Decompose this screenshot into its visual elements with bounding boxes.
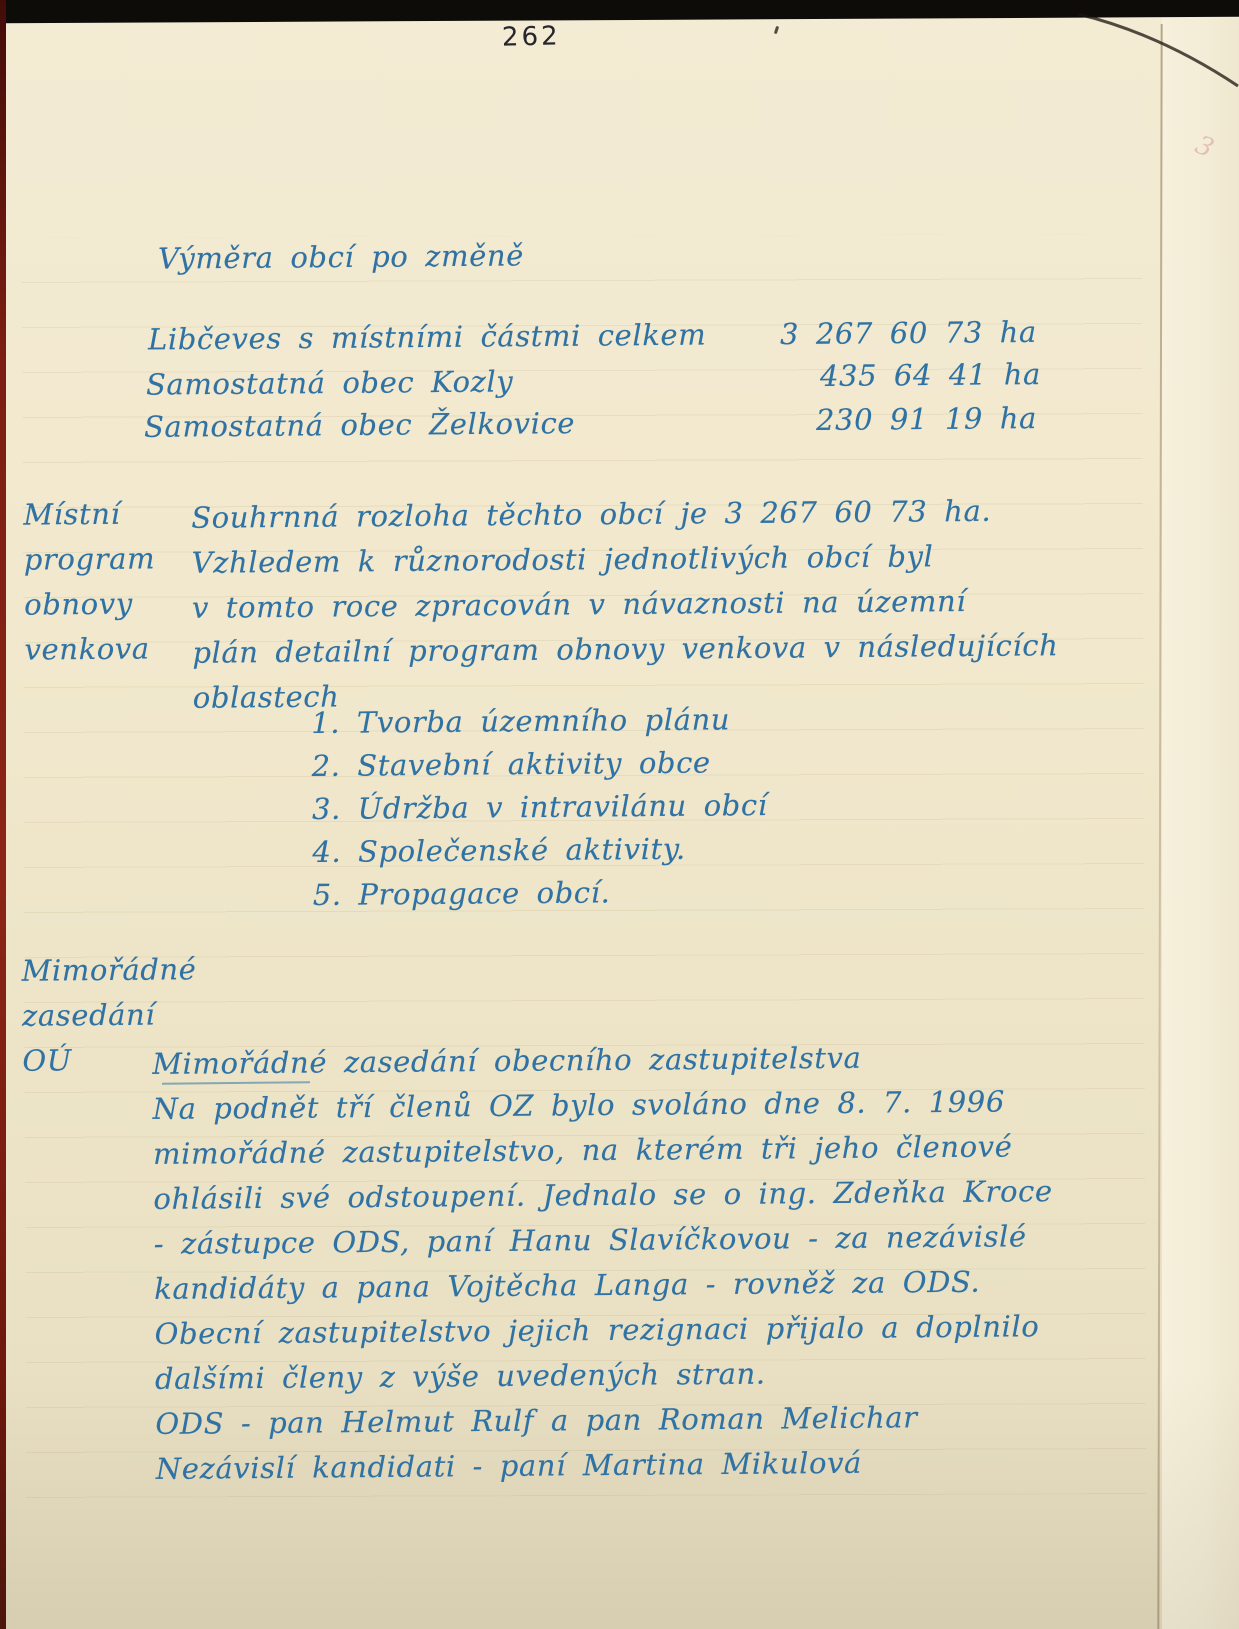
paragraph-line: dalšími členy z výše uvedených stran. [155, 1349, 1055, 1402]
paragraph-line: Na podnět tří členů OZ bylo svoláno dne … [152, 1079, 1052, 1132]
list-item: 1. Tvorba územního plánu [311, 698, 767, 745]
list-item: 5. Propagace obcí. [313, 870, 769, 917]
paragraph-line: Vzhledem k různorodosti jednotlivých obc… [191, 533, 1057, 586]
list-item: 3. Údržba v intravilánu obcí [312, 784, 768, 831]
area-row-value: 3 267 60 73 ha [780, 315, 1037, 351]
paragraph-line: Souhrnná rozloha těchto obcí je 3 267 60… [191, 488, 1057, 541]
paragraph-line: plán detailní program obnovy venkova v n… [192, 623, 1058, 676]
margin-line: program [24, 536, 156, 582]
margin-line: obnovy [24, 581, 156, 627]
area-row-label: Libčeves s místními částmi celkem [148, 318, 707, 357]
paragraph-line: Nezávislí kandidati - paní Martina Mikul… [156, 1439, 1056, 1492]
paragraph-line: Obecní zastupitelstvo jejich rezignaci p… [154, 1304, 1054, 1357]
area-row-label: Samostatná obec Želkovice [144, 406, 575, 444]
chronicle-page-scan: 3 262 Výměra obcí po změně Libčeves s mí… [0, 0, 1239, 1629]
list-item: 2. Stavební aktivity obce [311, 741, 767, 788]
page-number: 262 [502, 21, 561, 52]
paragraph-line: mimořádné zastupitelstvo, na kterém tři … [153, 1124, 1053, 1177]
paragraph-line: - zástupce ODS, paní Hanu Slavíčkovou - … [154, 1214, 1054, 1267]
program-list: 1. Tvorba územního plánu 2. Stavební akt… [311, 698, 768, 917]
section-heading-area: Výměra obcí po změně [158, 238, 524, 275]
list-item: 4. Společenské aktivity. [312, 827, 768, 874]
program-paragraph: Souhrnná rozloha těchto obcí je 3 267 60… [191, 488, 1059, 721]
page-corner-curl [1040, 0, 1239, 110]
paragraph-line: Mimořádné zasedání obecního zastupitelst… [152, 1034, 1052, 1087]
margin-line: Mimořádné [21, 947, 196, 994]
area-row-value: 230 91 19 ha [816, 401, 1037, 437]
margin-line: zasedání [22, 992, 197, 1039]
meeting-paragraph: Mimořádné zasedání obecního zastupitelst… [152, 1034, 1055, 1492]
area-row-value: 435 64 41 ha [820, 357, 1041, 393]
area-row-label: Samostatná obec Kozly [146, 364, 514, 401]
margin-note-program: Místní program obnovy venkova [23, 491, 156, 672]
ink-speck [774, 26, 779, 35]
margin-line: venkova [24, 626, 156, 672]
paragraph-line: kandidáty a pana Vojtěcha Langa - rovněž… [154, 1259, 1054, 1312]
paragraph-line: ODS - pan Helmut Rulf a pan Roman Melich… [155, 1394, 1055, 1447]
paragraph-line: v tomto roce zpracován v návaznosti na ú… [192, 578, 1058, 631]
paragraph-line: ohlásili své odstoupení. Jednalo se o in… [153, 1169, 1053, 1222]
margin-line: Místní [23, 491, 155, 537]
